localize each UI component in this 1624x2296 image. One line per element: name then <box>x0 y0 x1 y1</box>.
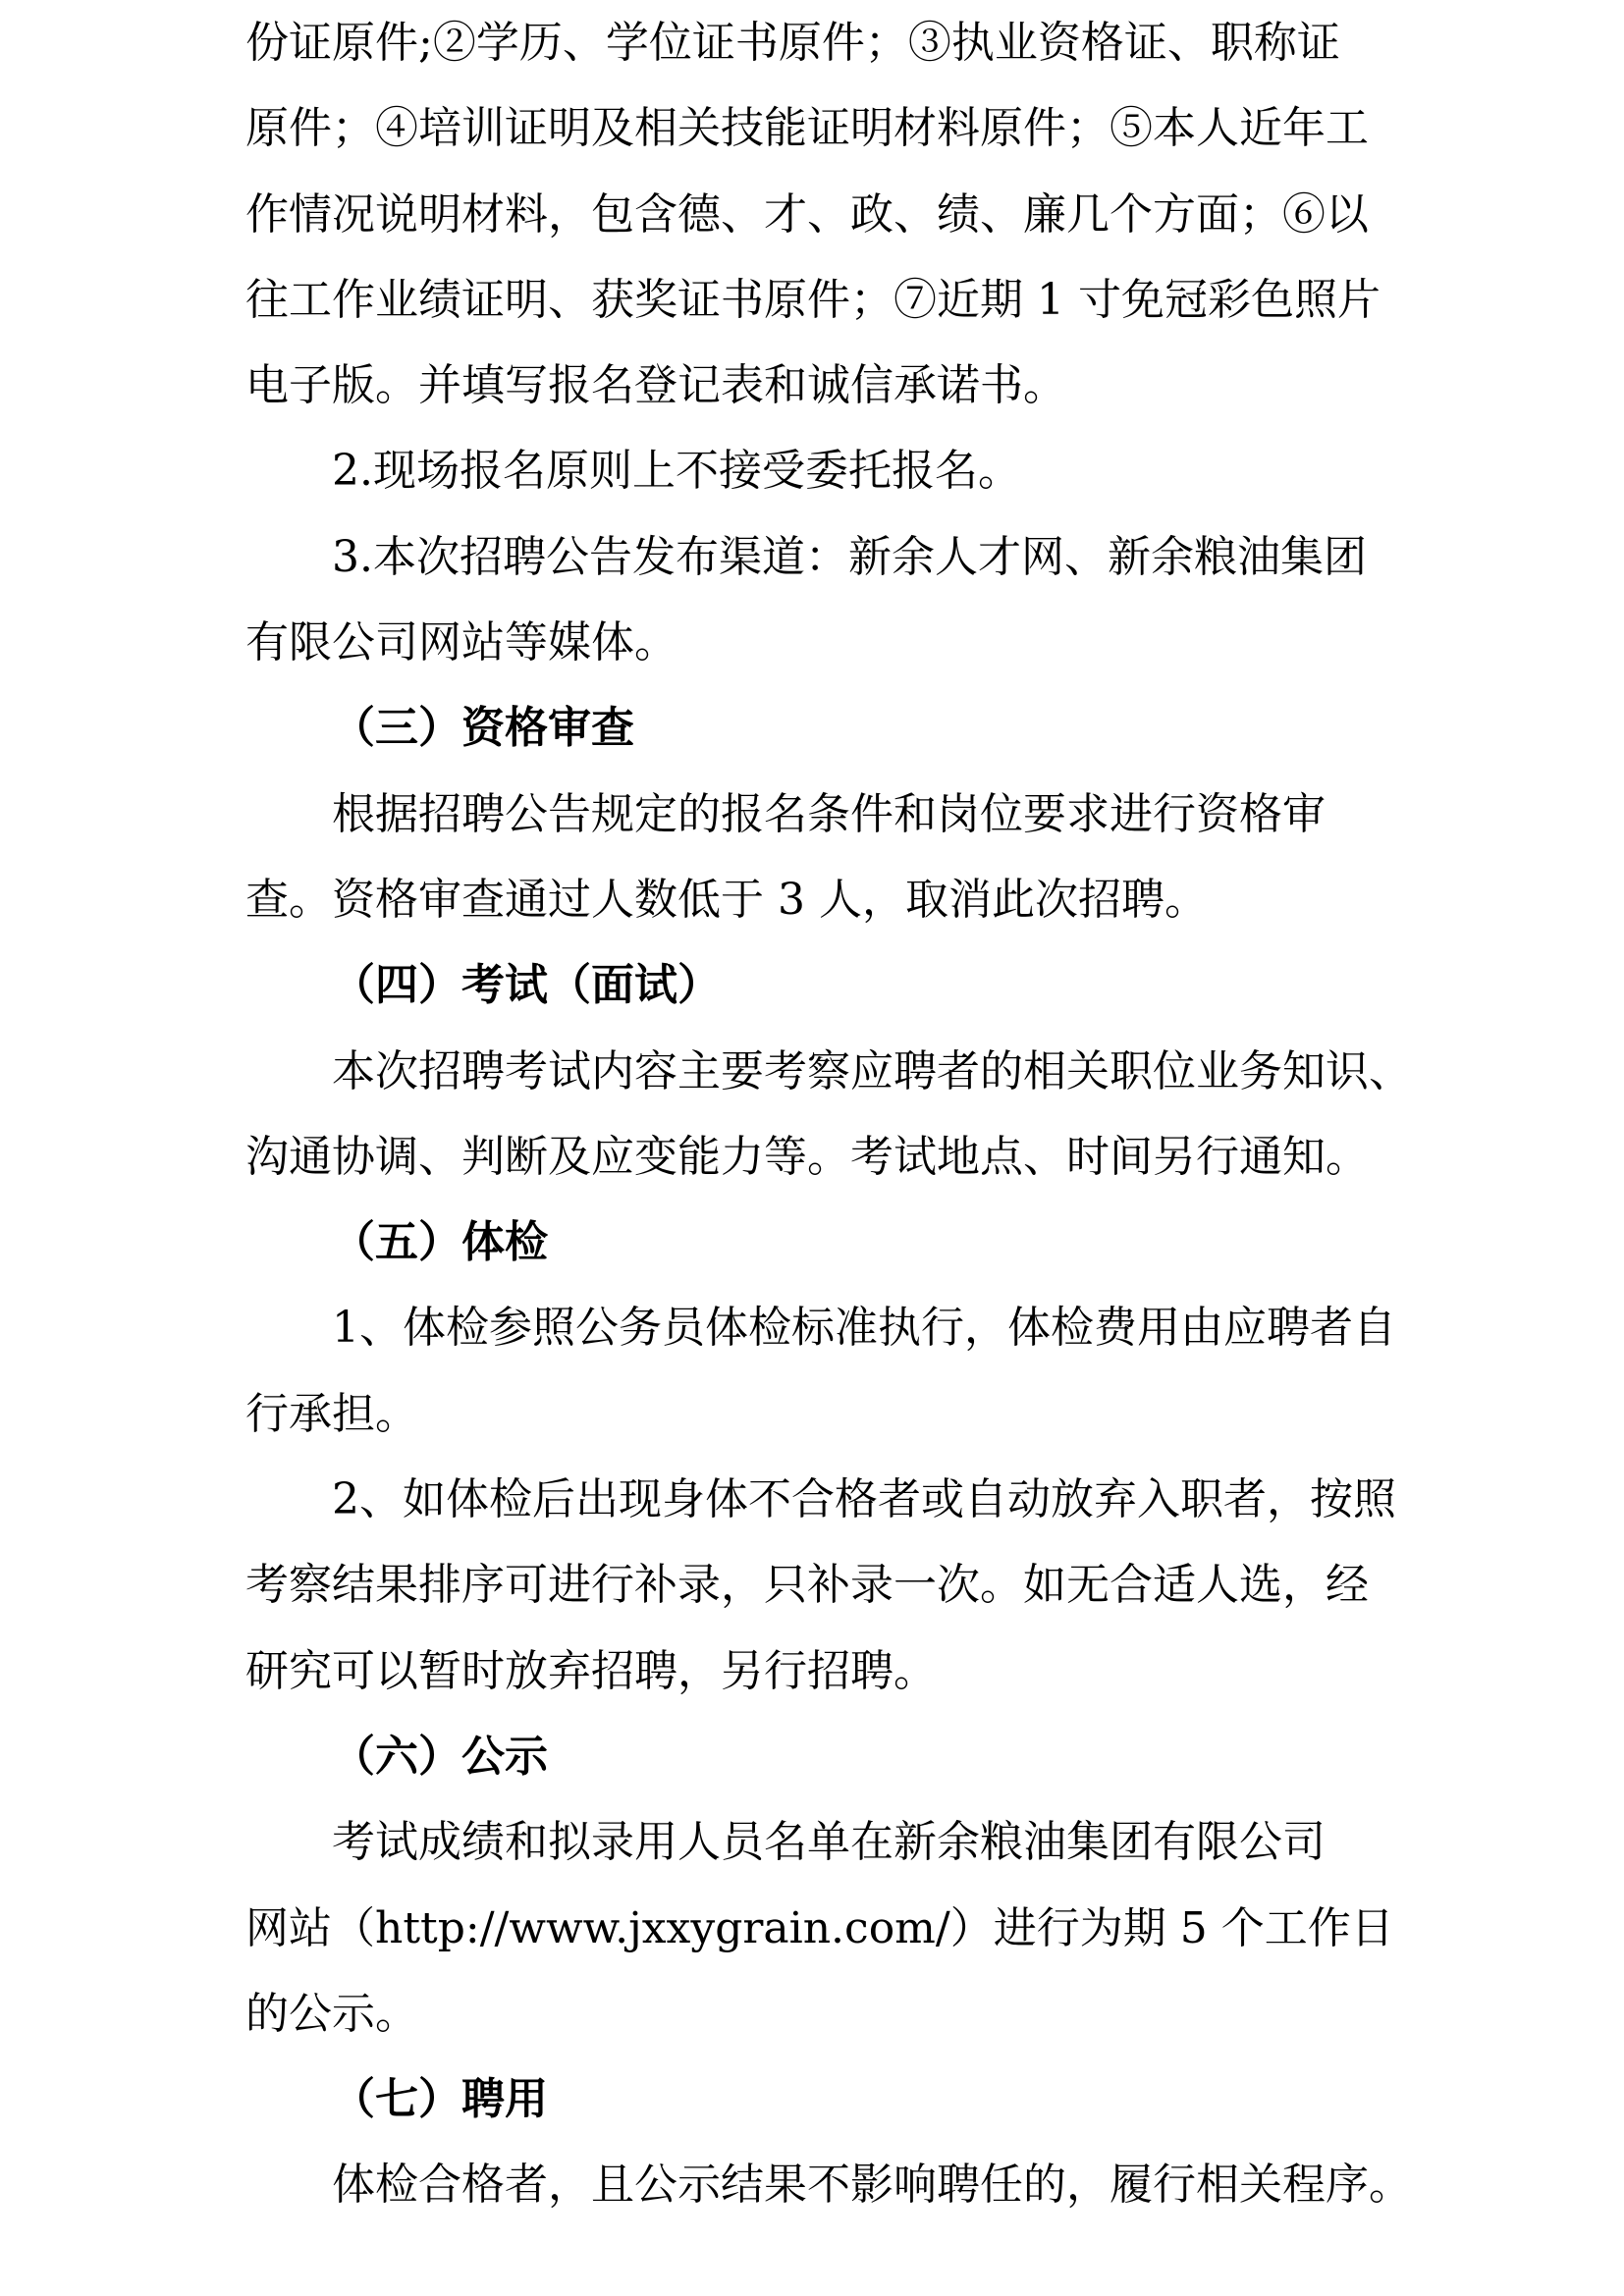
line-text: 1、体检参照公务员体检标准执行，体检费用由应聘者自 <box>332 1303 1396 1353</box>
line-text: 的公示。 <box>245 1989 418 2039</box>
line-text: 有限公司网站等媒体。 <box>245 617 677 667</box>
document-line: 行承担。 <box>245 1371 1404 1457</box>
document-line: 有限公司网站等媒体。 <box>245 600 1404 685</box>
section-heading: （四）考试（面试） <box>245 942 1404 1028</box>
document-line: 考试成绩和拟录用人员名单在新余粮油集团有限公司 <box>245 1799 1404 1885</box>
line-text: 份证原件;②学历、学位证书原件；③执业资格证、职称证 <box>245 18 1340 68</box>
line-text: 网站（http://www.jxxygrain.com/）进行为期 5 个工作日 <box>245 1903 1394 1953</box>
line-text: 行承担。 <box>245 1389 418 1439</box>
document-line: 沟通协调、判断及应变能力等。考试地点、时间另行通知。 <box>245 1114 1404 1200</box>
line-text: 本次招聘考试内容主要考察应聘者的相关职位业务知识、 <box>332 1046 1412 1096</box>
document-line: 研究可以暂时放弃招聘，另行招聘。 <box>245 1629 1404 1714</box>
section-heading: （五）体检 <box>245 1200 1404 1285</box>
document-line: 作情况说明材料，包含德、才、政、绩、廉几个方面；⑥以 <box>245 172 1404 257</box>
line-text: 研究可以暂时放弃招聘，另行招聘。 <box>245 1646 937 1696</box>
line-text: （三）资格审查 <box>332 703 634 753</box>
document-line: 本次招聘考试内容主要考察应聘者的相关职位业务知识、 <box>245 1029 1404 1114</box>
line-text: 作情况说明材料，包含德、才、政、绩、廉几个方面；⑥以 <box>245 189 1369 240</box>
document-line: 查。资格审查通过人数低于 3 人，取消此次招聘。 <box>245 857 1404 942</box>
document-line: 网站（http://www.jxxygrain.com/）进行为期 5 个工作日 <box>245 1886 1404 1971</box>
line-text: （六）公示 <box>332 1732 548 1782</box>
section-heading: （七）聘用 <box>245 2056 1404 2142</box>
section-heading: （六）公示 <box>245 1714 1404 1799</box>
document-line: 份证原件;②学历、学位证书原件；③执业资格证、职称证 <box>245 0 1404 85</box>
line-text: （七）聘用 <box>332 2074 548 2124</box>
document-line: 根据招聘公告规定的报名条件和岗位要求进行资格审 <box>245 772 1404 857</box>
line-text: （四）考试（面试） <box>332 960 721 1010</box>
document-line: 电子版。并填写报名登记表和诚信承诺书。 <box>245 343 1404 428</box>
line-text: 沟通协调、判断及应变能力等。考试地点、时间另行通知。 <box>245 1132 1369 1182</box>
document-line: 往工作业绩证明、获奖证书原件；⑦近期 1 寸免冠彩色照片 <box>245 257 1404 343</box>
document-line: 1、体检参照公务员体检标准执行，体检费用由应聘者自 <box>245 1285 1404 1370</box>
document-line: 3.本次招聘公告发布渠道：新余人才网、新余粮油集团 <box>245 514 1404 600</box>
line-text: 原件；④培训证明及相关技能证明材料原件；⑤本人近年工 <box>245 103 1369 153</box>
line-text: 往工作业绩证明、获奖证书原件；⑦近期 1 寸免冠彩色照片 <box>245 275 1380 325</box>
line-text: 2.现场报名原则上不接受委托报名。 <box>332 446 1021 496</box>
document-line: 2.现场报名原则上不接受委托报名。 <box>245 428 1404 513</box>
section-heading: （三）资格审查 <box>245 685 1404 771</box>
line-text: 电子版。并填写报名登记表和诚信承诺书。 <box>245 360 1066 410</box>
document-line: 体检合格者，且公示结果不影响聘任的，履行相关程序。 <box>245 2142 1404 2227</box>
document-line: 考察结果排序可进行补录，只补录一次。如无合适人选，经 <box>245 1542 1404 1628</box>
line-text: 查。资格审查通过人数低于 3 人，取消此次招聘。 <box>245 875 1208 925</box>
line-text: 体检合格者，且公示结果不影响聘任的，履行相关程序。 <box>332 2160 1412 2210</box>
line-text: 考试成绩和拟录用人员名单在新余粮油集团有限公司 <box>332 1817 1326 1867</box>
line-text: 考察结果排序可进行补录，只补录一次。如无合适人选，经 <box>245 1560 1369 1610</box>
document-page: 份证原件;②学历、学位证书原件；③执业资格证、职称证原件；④培训证明及相关技能证… <box>0 0 1624 2296</box>
line-text: 根据招聘公告规定的报名条件和岗位要求进行资格审 <box>332 789 1326 839</box>
document-line: 原件；④培训证明及相关技能证明材料原件；⑤本人近年工 <box>245 85 1404 171</box>
line-text: 3.本次招聘公告发布渠道：新余人才网、新余粮油集团 <box>332 532 1367 582</box>
document-line: 的公示。 <box>245 1971 1404 2056</box>
line-text: 2、如体检后出现身体不合格者或自动放弃入职者，按照 <box>332 1474 1396 1524</box>
line-text: （五）体检 <box>332 1217 548 1267</box>
document-line: 2、如体检后出现身体不合格者或自动放弃入职者，按照 <box>245 1457 1404 1542</box>
document-body: 份证原件;②学历、学位证书原件；③执业资格证、职称证原件；④培训证明及相关技能证… <box>245 0 1404 2228</box>
